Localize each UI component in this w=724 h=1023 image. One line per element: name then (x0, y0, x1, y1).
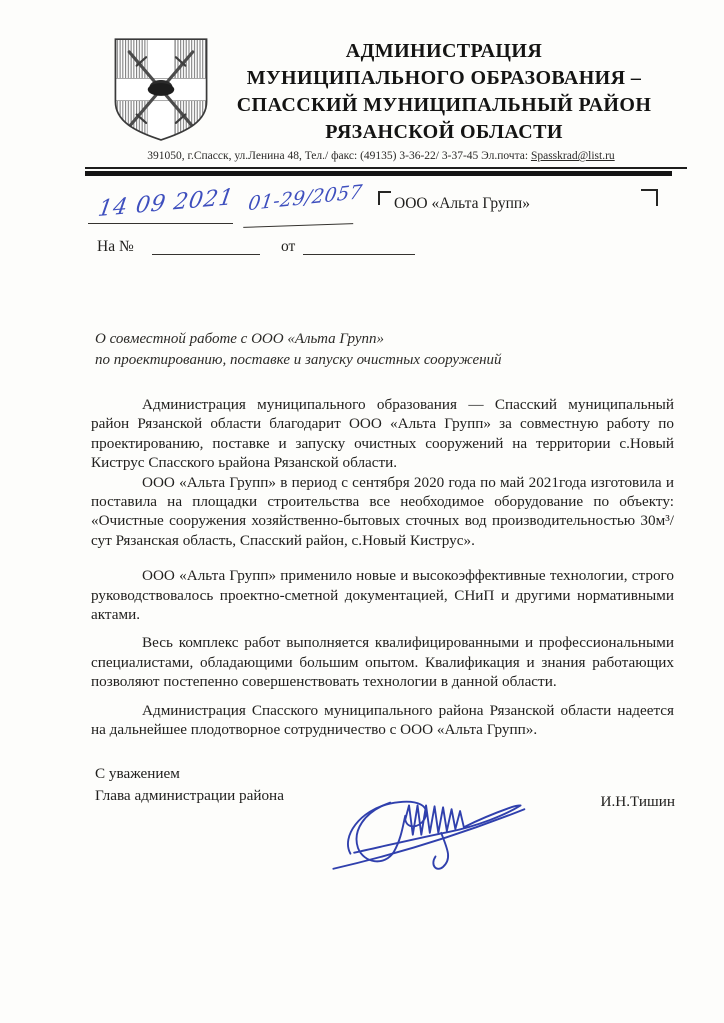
contact-text: 391050, г.Спасск, ул.Ленина 48, Тел./ фа… (147, 150, 531, 162)
org-name-line: РЯЗАНСКОЙ ОБЛАСТИ (214, 119, 674, 146)
subject-line: О совместной работе с ООО «Альта Групп» (95, 329, 655, 350)
paragraph: ООО «Альта Групп» применило новые и высо… (91, 566, 674, 624)
signer-position: Глава администрации района (95, 787, 284, 805)
subject-line: по проектированию, поставке и запуску оч… (95, 350, 655, 371)
number-blank-line (243, 210, 353, 228)
date-blank-line (88, 210, 233, 224)
scanned-letter-page: АДМИНИСТРАЦИЯ МУНИЦИПАЛЬНОГО ОБРАЗОВАНИЯ… (0, 0, 724, 1023)
header-divider-thick (85, 171, 672, 176)
org-name-line: МУНИЦИПАЛЬНОГО ОБРАЗОВАНИЯ – (214, 65, 674, 92)
letterhead-title: АДМИНИСТРАЦИЯ МУНИЦИПАЛЬНОГО ОБРАЗОВАНИЯ… (214, 38, 674, 146)
org-name-line: АДМИНИСТРАЦИЯ (214, 38, 674, 65)
paragraph: Весь комплекс работ выполняется квалифиц… (91, 633, 674, 691)
contact-line: 391050, г.Спасск, ул.Ленина 48, Тел./ фа… (85, 150, 677, 162)
recipient-corner-mark-right (641, 189, 658, 206)
recipient-corner-mark-left (378, 191, 391, 205)
signoff-regards: С уважением (95, 765, 180, 783)
paragraph: ООО «Альта Групп» в период с сентября 20… (91, 473, 674, 551)
paragraph: Администрация Спасского муниципального р… (91, 701, 674, 740)
paragraph: Администрация муниципального образования… (91, 395, 674, 473)
letter-subject: О совместной работе с ООО «Альта Групп» … (95, 329, 655, 371)
email-text: Spasskrad@list.ru (531, 150, 615, 162)
reply-date-blank-line (303, 241, 415, 255)
coat-of-arms-icon (108, 36, 214, 142)
reply-date-label: от (281, 238, 295, 256)
reply-number-label: На № (97, 238, 134, 256)
org-name-line: СПАССКИЙ МУНИЦИПАЛЬНЫЙ РАЙОН (214, 92, 674, 119)
letter-body: Администрация муниципального образования… (91, 395, 674, 740)
recipient-name: ООО «Альта Групп» (394, 195, 530, 213)
reply-number-blank-line (152, 241, 260, 255)
header-divider-thin (85, 167, 687, 169)
signer-name: И.Н.Тишин (545, 793, 675, 811)
signature-scribble-icon (328, 778, 543, 882)
